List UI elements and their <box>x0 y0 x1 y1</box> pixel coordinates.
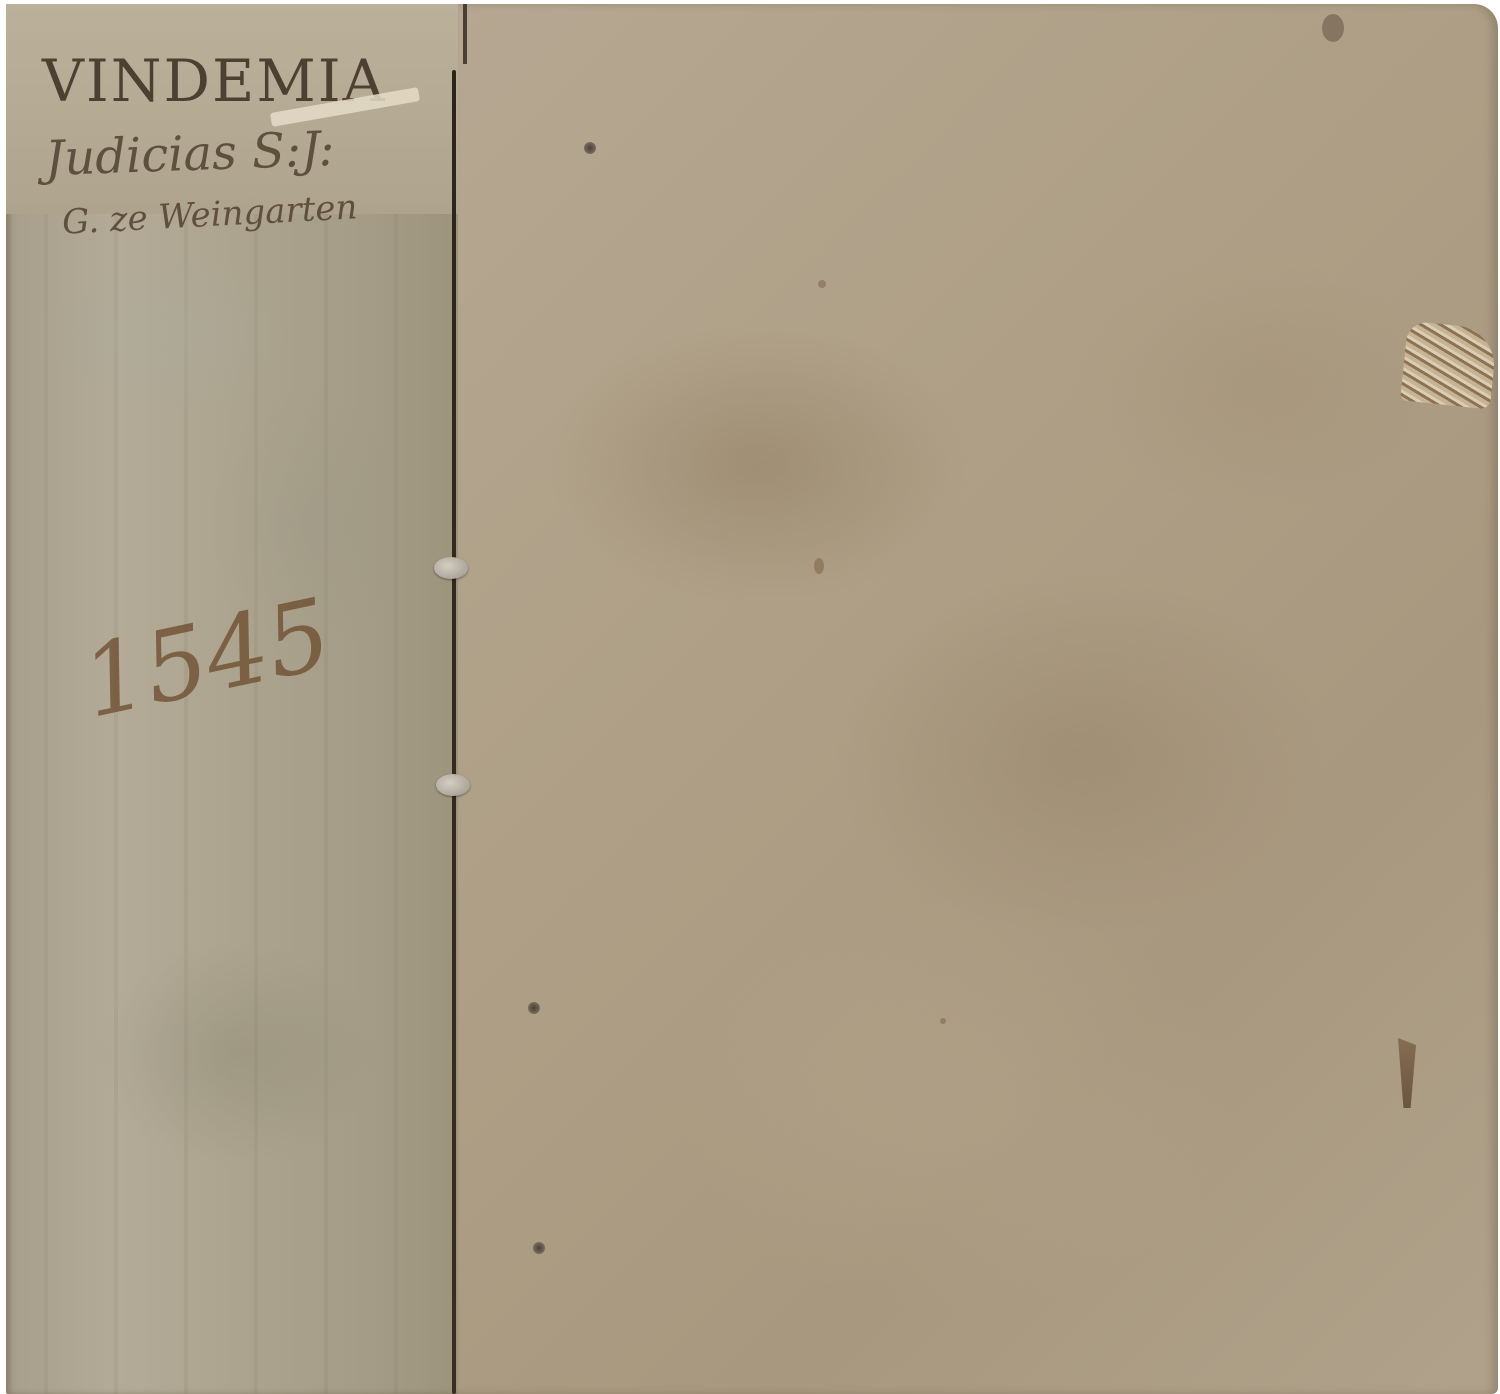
front-cover <box>458 4 1498 1394</box>
spine-hinge <box>452 70 456 1394</box>
corner-stain <box>1322 14 1344 42</box>
stain-spot <box>818 280 826 288</box>
stitch-knot-icon <box>436 774 470 796</box>
stain-spot <box>814 558 824 574</box>
spine-subtitle: Judicias S:J: <box>44 125 335 183</box>
stain-spot <box>940 1018 946 1024</box>
binding-hole-icon <box>528 1002 540 1014</box>
binding-hole-icon <box>533 1242 545 1254</box>
stitch-knot-icon <box>434 557 468 579</box>
hinge-top <box>463 4 467 64</box>
book-binding: VINDEMIA Judicias S:J: G. ze Weingarten … <box>0 0 1500 1394</box>
binding-hole-icon <box>584 142 596 154</box>
